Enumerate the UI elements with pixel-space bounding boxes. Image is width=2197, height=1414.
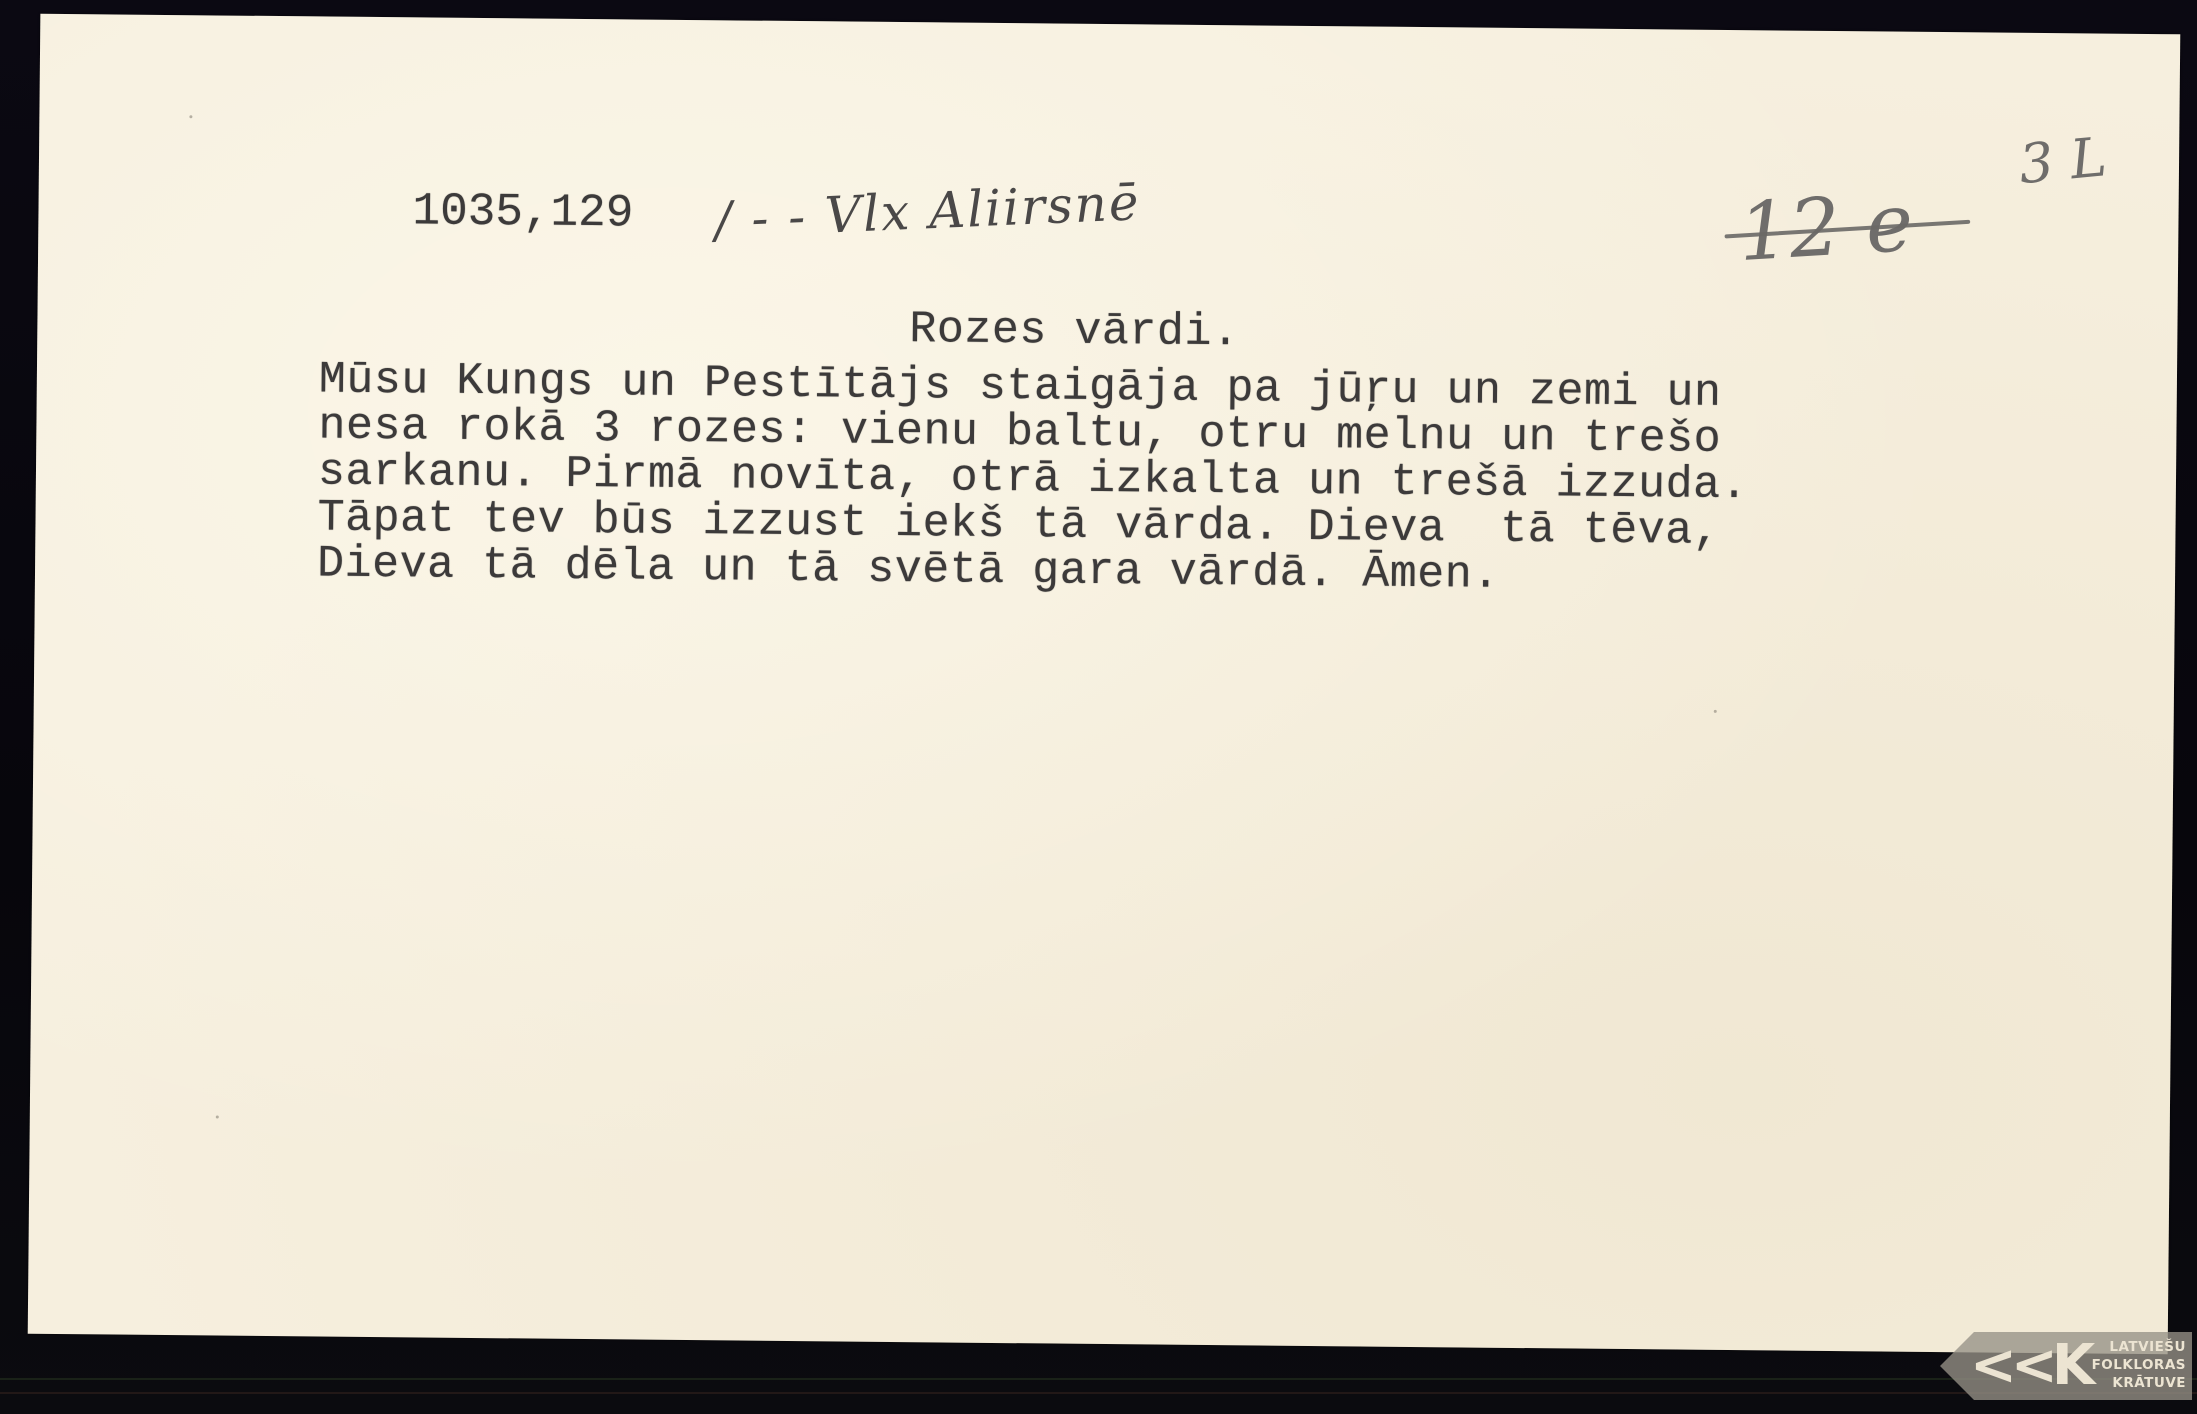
paper-speck xyxy=(189,115,192,118)
body-line: Dieva tā dēla un tā svētā gara vārdā. Ām… xyxy=(317,538,1500,600)
pencil-mark-top-right: 3 L xyxy=(2016,125,2109,196)
archive-watermark-logo: <<K LATVIEŠU FOLKLORAS KRĀTUVE xyxy=(1940,1332,2195,1400)
handwritten-collector-note: / - - Vlx Aliirsnē xyxy=(713,173,1141,249)
logo-line-2: FOLKLORAS xyxy=(2090,1356,2186,1374)
scan-artifact-stripe xyxy=(0,1392,2197,1394)
logo-text: LATVIEŠU FOLKLORAS KRĀTUVE xyxy=(2090,1338,2186,1392)
scanned-image: 1035,129 / - - Vlx Aliirsnē 3 L 12 e Roz… xyxy=(0,0,2197,1414)
lfk-chevrons-icon: <<K xyxy=(1970,1334,2089,1398)
logo-chevron-shape xyxy=(1940,1332,1974,1400)
logo-line-3: KRĀTUVE xyxy=(2090,1374,2186,1392)
reference-number: 1035,129 xyxy=(412,185,633,239)
paper-speck xyxy=(216,1115,219,1118)
document-title: Rozes vārdi. xyxy=(909,304,1240,358)
archive-card: 1035,129 / - - Vlx Aliirsnē 3 L 12 e Roz… xyxy=(28,14,2181,1354)
scan-artifact-stripe xyxy=(0,1378,2197,1380)
paper-speck xyxy=(1714,710,1717,713)
logo-line-1: LATVIEŠU xyxy=(2090,1338,2186,1356)
